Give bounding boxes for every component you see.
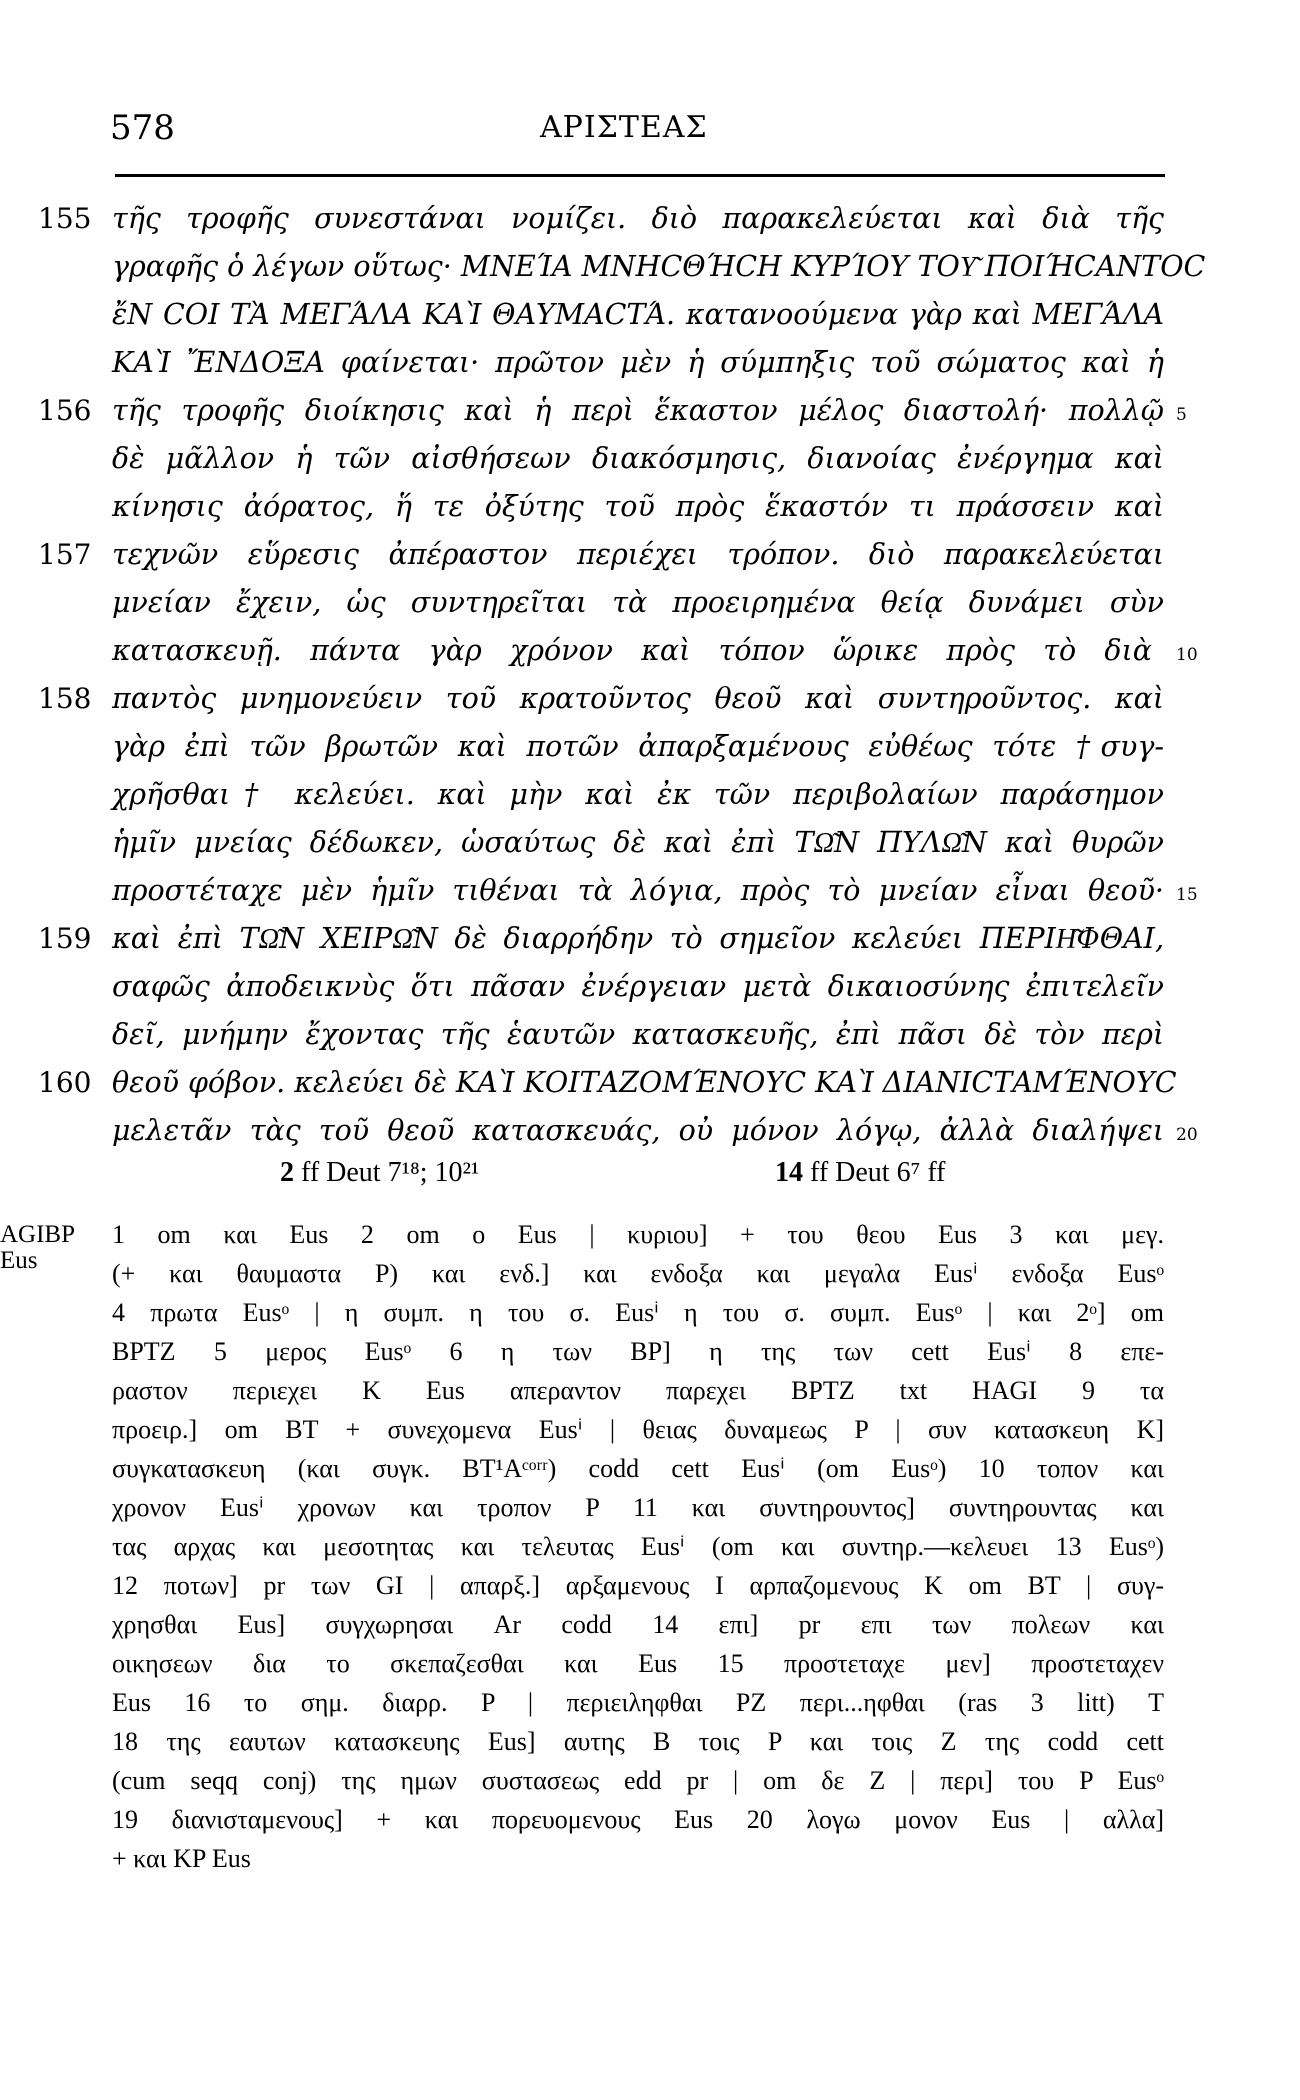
text-line: σαφῶς ἀποδεικνὺς ὅτι πᾶσαν ἐνέργειαν μετ… bbox=[112, 967, 1164, 1007]
apparatus-line: χρονον Eusⁱ χρονων και τροπον P 11 και σ… bbox=[112, 1491, 1164, 1525]
line-number: 15 bbox=[1176, 875, 1198, 915]
text-line: μνείαν ἔχειν, ὡς συντηρεῖται τὰ προειρημ… bbox=[112, 583, 1164, 623]
line-number: 10 bbox=[1176, 635, 1198, 675]
line-number: 20 bbox=[1176, 1115, 1198, 1155]
text-line: γὰρ ἐπὶ τῶν βρωτῶν καὶ ποτῶν ἀπαρξαμένου… bbox=[112, 727, 1164, 767]
text-line: γραφῆς ὁ λέγων οὕτως· ΜΝΕΊΑ ΜΝΗCΘΉCΗ ΚΥΡ… bbox=[112, 247, 1164, 287]
source-ref-text: ff Deut 6⁷ ff bbox=[810, 1157, 945, 1188]
apparatus-line: ραστον περιεχει K Eus απεραντον παρεχει … bbox=[112, 1374, 1164, 1408]
text-line: προστέταχε μὲν ἡμῖν τιθέναι τὰ λόγια, πρ… bbox=[112, 871, 1164, 911]
text-line: ἔΝ COI ΤᾺ ΜΕΓΆΛΑ ΚΑῚ ΘΑΥΜΑCΤΆ. κατανοούμ… bbox=[112, 295, 1164, 335]
text-line: ἡμῖν μνείας δέδωκεν, ὡσαύτως δὲ καὶ ἐπὶ … bbox=[112, 823, 1164, 863]
section-number: 156 bbox=[38, 391, 108, 431]
sigla-witnesses: AGIBP bbox=[0, 1222, 75, 1248]
apparatus-line: (cum seqq conj) της ημων συστασεως edd p… bbox=[112, 1764, 1164, 1798]
running-title: ΑΡΙΣΤΕΑΣ bbox=[540, 110, 708, 145]
text-line: κίνησις ἀόρατος, ἥ τε ὀξύτης τοῦ πρὸς ἕκ… bbox=[112, 487, 1164, 527]
apparatus-line: + και KP Eus bbox=[112, 1842, 1164, 1876]
text-line: δὲ μᾶλλον ἡ τῶν αἰσθήσεων διακόσμησις, δ… bbox=[112, 439, 1164, 479]
apparatus-line: 19 διανισταμενους] + και πορευομενους Eu… bbox=[112, 1803, 1164, 1837]
section-number: 160 bbox=[38, 1063, 108, 1103]
apparatus-line: (+ και θαυμαστα P) και ενδ.] και ενδοξα … bbox=[112, 1257, 1164, 1291]
line-number: 5 bbox=[1176, 395, 1187, 435]
apparatus-line: BPTZ 5 μερος Eusᵒ 6 η των BP] η της των … bbox=[112, 1335, 1164, 1369]
text-line: καὶ ἐπὶ ΤΩ͂Ν ΧΕΙΡΩ͂Ν δὲ διαρρήδην τὸ σημ… bbox=[112, 919, 1164, 959]
apparatus-line: συγκατασκευη (και συγκ. BT¹Aᶜᵒʳʳ) codd c… bbox=[112, 1452, 1164, 1486]
apparatus-line: 4 πρωτα Eusᵒ | η συμπ. η του σ. Eusⁱ η τ… bbox=[112, 1296, 1164, 1330]
text-line: κατασκευῇ. πάντα γὰρ χρόνον καὶ τόπον ὥρ… bbox=[112, 631, 1152, 671]
page-number: 578 bbox=[110, 108, 175, 148]
text-line: δεῖ, μνήμην ἔχοντας τῆς ἑαυτῶν κατασκευῆ… bbox=[112, 1015, 1164, 1055]
source-ref-num: 2 bbox=[280, 1157, 294, 1188]
text-line: παντὸς μνημονεύειν τοῦ κρατοῦντος θεοῦ κ… bbox=[112, 679, 1164, 719]
section-number: 159 bbox=[38, 919, 108, 959]
book-page: 578 ΑΡΙΣΤΕΑΣ 155 τῆς τροφῆς συνεστάναι ν… bbox=[0, 0, 1300, 2100]
apparatus-line: χρησθαι Eus] συγχωρησαι Ar codd 14 επι] … bbox=[112, 1608, 1164, 1642]
header-rule bbox=[115, 174, 1165, 177]
apparatus-line: Eus 16 το σημ. διαρρ. P | περιειληφθαι P… bbox=[112, 1686, 1164, 1720]
apparatus-line: προειρ.] om BT + συνεχομενα Eusⁱ | θειας… bbox=[112, 1413, 1164, 1447]
text-line: ΚΑῚ ἜΝΔΟΞΑ φαίνεται· πρῶτον μὲν ἡ σύμπηξ… bbox=[112, 343, 1164, 383]
apparatus-line: 18 της εαυτων κατασκευης Eus] αυτης B το… bbox=[112, 1725, 1164, 1759]
source-ref-text: ff Deut 7¹⁸; 10²¹ bbox=[301, 1157, 479, 1188]
section-number: 157 bbox=[38, 535, 108, 575]
text-line: τῆς τροφῆς διοίκησις καὶ ἡ περὶ ἕκαστον … bbox=[112, 391, 1164, 431]
text-line: τεχνῶν εὕρεσις ἀπέραστον περιέχει τρόπον… bbox=[112, 535, 1164, 575]
source-ref: 14 ff Deut 6⁷ ff bbox=[775, 1155, 945, 1191]
section-number: 158 bbox=[38, 679, 108, 719]
text-line: μελετᾶν τὰς τοῦ θεοῦ κατασκευάς, οὐ μόνο… bbox=[112, 1111, 1164, 1151]
apparatus-line: οικησεων δια το σκεπαζεσθαι και Eus 15 π… bbox=[112, 1647, 1164, 1681]
sigla-eusebius: Eus bbox=[0, 1248, 38, 1274]
text-line: χρῆσθαι† κελεύει. καὶ μὴν καὶ ἐκ τῶν περ… bbox=[112, 775, 1164, 815]
source-ref: 2 ff Deut 7¹⁸; 10²¹ bbox=[280, 1155, 479, 1191]
source-ref-num: 14 bbox=[775, 1157, 803, 1188]
section-number: 155 bbox=[38, 199, 108, 239]
apparatus-line: 12 ποτων] pr των GI | απαρξ.] αρξαμενους… bbox=[112, 1569, 1164, 1603]
text-line: θεοῦ φόβον. κελεύει δὲ ΚΑῚ ΚΟΙΤΑΖΟΜΈΝΟΥC… bbox=[112, 1063, 1164, 1103]
text-line: τῆς τροφῆς συνεστάναι νομίζει. διὸ παρακ… bbox=[112, 199, 1164, 239]
apparatus-line: τας αρχας και μεσοτητας και τελευτας Eus… bbox=[112, 1530, 1164, 1564]
apparatus-line: 1 om και Eus 2 om ο Eus | κυριου] + του … bbox=[112, 1218, 1164, 1252]
